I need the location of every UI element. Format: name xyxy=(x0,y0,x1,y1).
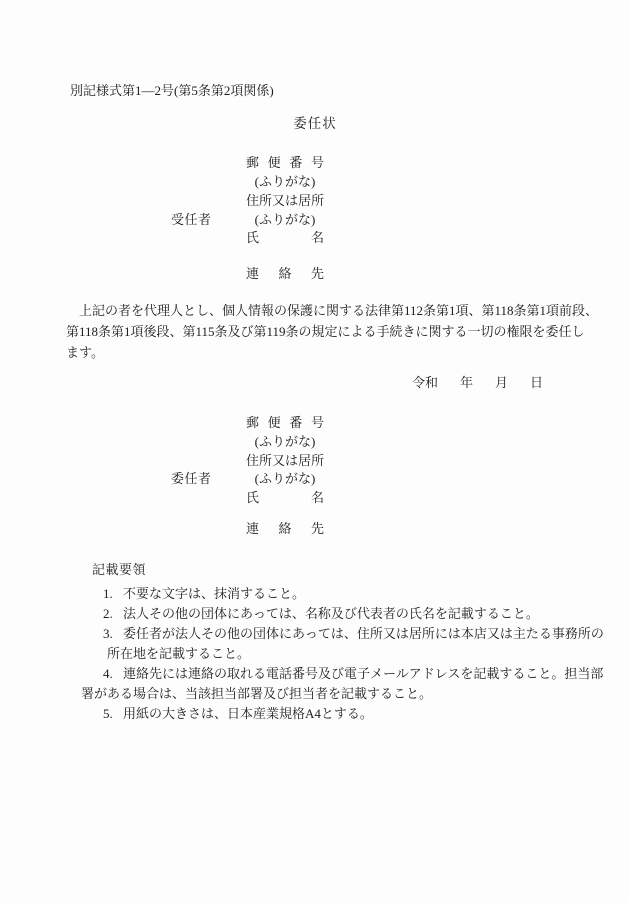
recipient-name-label: 氏名 xyxy=(246,231,324,244)
recipient-address-label: 住所又は居所 xyxy=(246,194,324,207)
note-item-2: 2.法人その他の団体にあっては、名称及び代表者の氏名を記載すること。 xyxy=(103,607,539,620)
paragraph-line: 第118条第1項後段、第115条及び第119条の規定による手続きに関する一切の権… xyxy=(66,321,593,342)
recipient-role-label: 受任者 xyxy=(171,213,212,226)
day-label: 日 xyxy=(530,376,543,389)
note-item-4-continuation: 署がある場合は、当該担当部署及び担当者を記載すること。 xyxy=(81,687,432,700)
note-text: 連絡先には連絡の取れる電話番号及び電子メールアドレスを記載すること。担当部 xyxy=(123,666,603,681)
note-number: 5. xyxy=(103,707,123,720)
note-number: 1. xyxy=(103,587,123,600)
delegation-paragraph: 上記の者を代理人とし、個人情報の保護に関する法律第112条第1項、第118条第1… xyxy=(66,300,593,363)
principal-name-label: 氏名 xyxy=(246,491,324,504)
note-text: 法人その他の団体にあっては、名称及び代表者の氏名を記載すること。 xyxy=(123,606,539,621)
form-number: 別記様式第1―2号(第5条第2項関係) xyxy=(70,84,274,97)
paragraph-line: ます。 xyxy=(66,342,593,363)
principal-furigana-name-label: (ふりがな) xyxy=(246,472,324,485)
month-label: 月 xyxy=(495,376,508,389)
principal-furigana-address-label: (ふりがな) xyxy=(246,435,324,448)
principal-postal-label: 郵便番号 xyxy=(246,416,324,429)
note-text: 署がある場合は、当該担当部署及び担当者を記載すること。 xyxy=(81,686,432,701)
principal-role-label: 委任者 xyxy=(171,472,212,485)
year-label: 年 xyxy=(460,376,473,389)
paragraph-line: 上記の者を代理人とし、個人情報の保護に関する法律第112条第1項、第118条第1… xyxy=(66,300,593,321)
note-number: 2. xyxy=(103,607,123,620)
note-item-5: 5.用紙の大きさは、日本産業規格A4とする。 xyxy=(103,707,373,720)
recipient-postal-label: 郵便番号 xyxy=(246,156,324,169)
note-text: 不要な文字は、抹消すること。 xyxy=(123,586,305,601)
era-label: 令和 xyxy=(412,376,438,389)
principal-address-label: 住所又は居所 xyxy=(246,454,324,467)
note-number: 4. xyxy=(103,667,123,680)
date-line: 令和 年 月 日 xyxy=(412,376,543,389)
recipient-furigana-address-label: (ふりがな) xyxy=(246,175,324,188)
notes-heading: 記載要領 xyxy=(92,563,146,576)
note-text: 所在地を記載すること。 xyxy=(107,646,250,661)
note-item-3-continuation: 所在地を記載すること。 xyxy=(107,647,250,660)
note-number: 3. xyxy=(103,627,123,640)
recipient-furigana-name-label: (ふりがな) xyxy=(246,213,324,226)
note-text: 用紙の大きさは、日本産業規格A4とする。 xyxy=(123,706,373,721)
document-title: 委任状 xyxy=(0,117,630,131)
note-item-3: 3.委任者が法人その他の団体にあっては、住所又は居所には本店又は主たる事務所の xyxy=(103,627,604,640)
document-page: 別記様式第1―2号(第5条第2項関係) 委任状 受任者 郵便番号 (ふりがな) … xyxy=(0,0,630,903)
principal-contact-label: 連絡先 xyxy=(246,522,324,535)
note-item-1: 1.不要な文字は、抹消すること。 xyxy=(103,587,305,600)
note-text: 委任者が法人その他の団体にあっては、住所又は居所には本店又は主たる事務所の xyxy=(123,626,604,641)
note-item-4: 4.連絡先には連絡の取れる電話番号及び電子メールアドレスを記載すること。担当部 xyxy=(103,667,603,680)
recipient-contact-label: 連絡先 xyxy=(246,267,324,280)
